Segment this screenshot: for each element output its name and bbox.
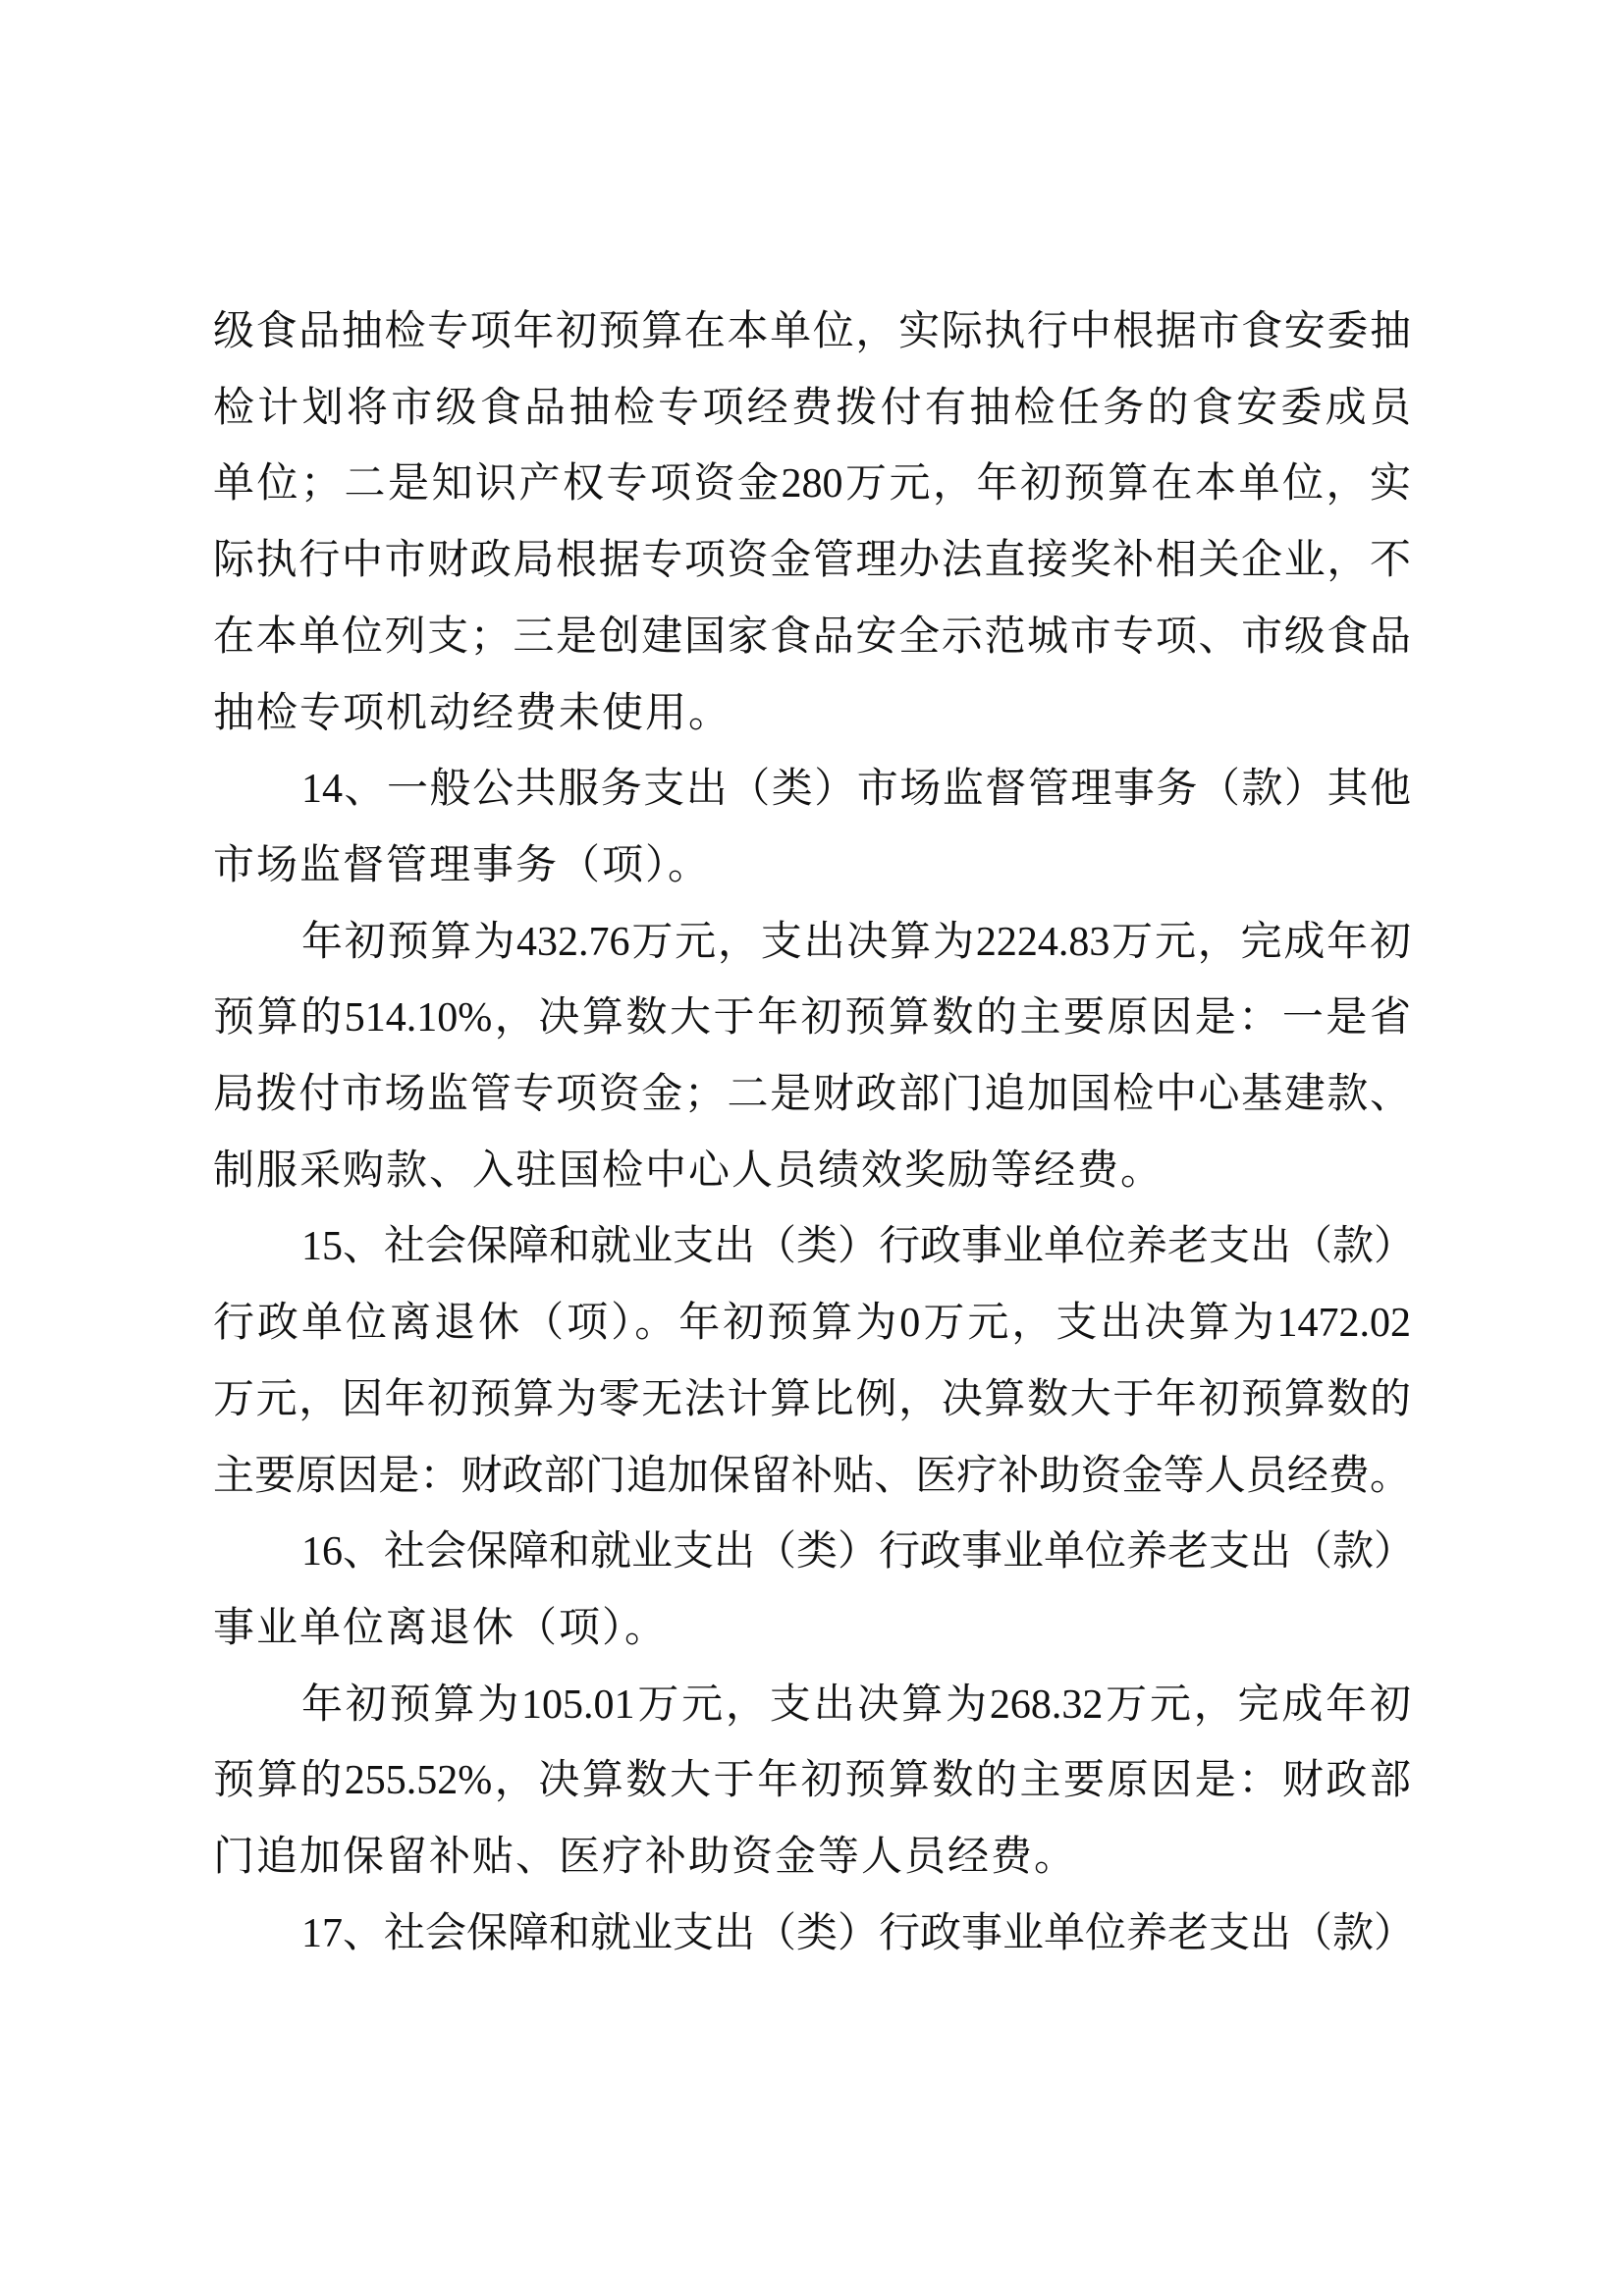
paragraph-first-line: 17、社会保障和就业支出（类）行政事业单位养老支出（款） — [301, 1911, 1411, 1956]
paragraph-line: 万元，因年初预算为零无法计算比例，决算数大于年初预算数的 — [213, 1377, 1411, 1422]
paragraph-line: 制服采购款、入驻国检中心人员绩效奖励等经费。 — [213, 1148, 1164, 1194]
paragraph-first-line: 年初预算为432.76万元，支出决算为2224.83万元，完成年初 — [301, 920, 1411, 965]
paragraph-line: 抽检专项机动经费未使用。 — [213, 691, 731, 736]
paragraph-first-line: 14、一般公共服务支出（类）市场监督管理事务（款）其他 — [301, 767, 1411, 812]
paragraph-line: 行政单位离退休（项）。年初预算为0万元，支出决算为1472.02 — [213, 1301, 1411, 1346]
paragraph-line: 市场监督管理事务（项）。 — [213, 843, 711, 888]
paragraph-line: 局拨付市场监管专项资金；二是财政部门追加国检中心基建款、 — [213, 1072, 1411, 1117]
paragraph-line: 预算的514.10%，决算数大于年初预算数的主要原因是：一是省 — [213, 995, 1411, 1041]
paragraph-line: 事业单位离退休（项）。 — [213, 1606, 668, 1651]
paragraph-first-line: 年初预算为105.01万元，支出决算为268.32万元，完成年初 — [301, 1682, 1411, 1728]
paragraph-line: 单位；二是知识产权专项资金280万元，年初预算在本单位，实 — [213, 461, 1411, 507]
paragraph-line: 级食品抽检专项年初预算在本单位，实际执行中根据市食安委抽 — [213, 309, 1411, 354]
paragraph-line: 门追加保留补贴、医疗补助资金等人员经费。 — [213, 1835, 1077, 1880]
paragraph-line: 际执行中市财政局根据专项资金管理办法直接奖补相关企业，不 — [213, 538, 1411, 583]
paragraph-line: 检计划将市级食品抽检专项经费拨付有抽检任务的食安委成员 — [213, 386, 1411, 431]
document-page: 级食品抽检专项年初预算在本单位，实际执行中根据市食安委抽检计划将市级食品抽检专项… — [0, 0, 1624, 2296]
paragraph-first-line: 15、社会保障和就业支出（类）行政事业单位养老支出（款） — [301, 1224, 1411, 1269]
paragraph-first-line: 16、社会保障和就业支出（类）行政事业单位养老支出（款） — [301, 1529, 1411, 1575]
paragraph-line: 预算的255.52%，决算数大于年初预算数的主要原因是：财政部 — [213, 1758, 1411, 1803]
paragraph-line: 在本单位列支；三是创建国家食品安全示范城市专项、市级食品 — [213, 614, 1411, 660]
paragraph-line: 主要原因是：财政部门追加保留补贴、医疗补助资金等人员经费。 — [213, 1454, 1411, 1499]
